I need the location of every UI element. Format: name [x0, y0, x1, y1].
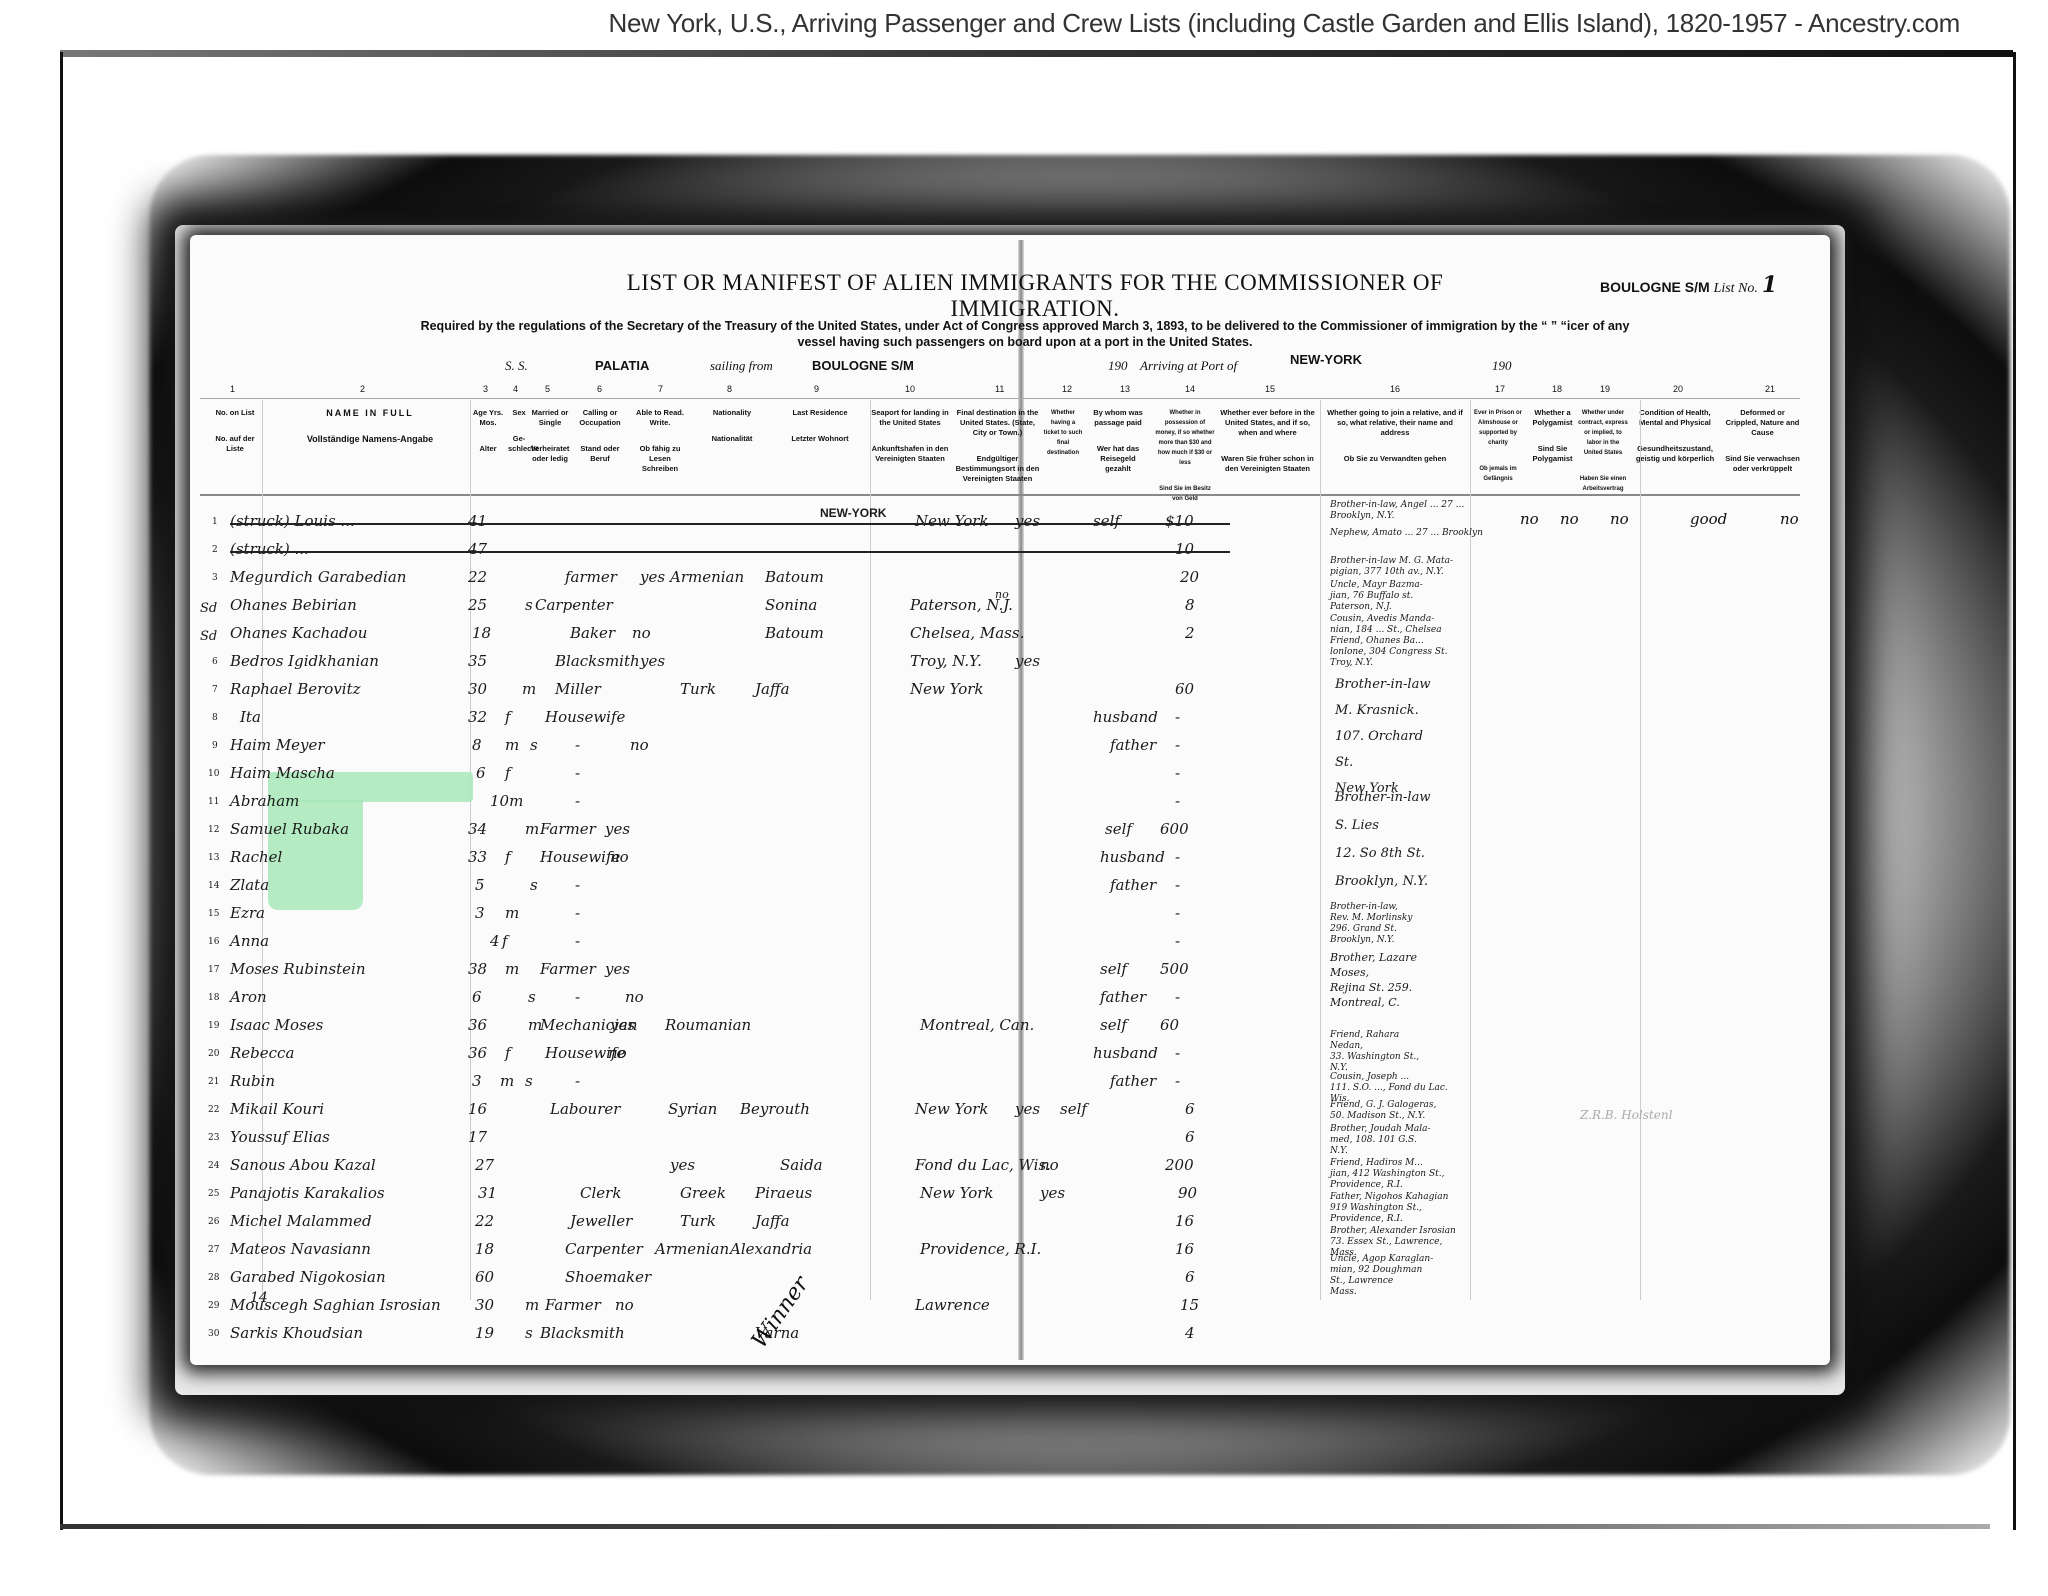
table-row[interactable]: 13 Rachel 33 f Housewife no husband -	[200, 844, 1800, 872]
year-1: 190	[1108, 358, 1128, 374]
table-row[interactable]: 22 Mikail Kouri 16 Labourer Syrian Beyro…	[200, 1096, 1800, 1124]
table-row[interactable]: Sd Ohanes Kachadou 18 Baker no Batoum Ch…	[200, 620, 1800, 648]
relative-entry: Brother, Joudah Mala- med, 108. 101 G.S.…	[1330, 1124, 1500, 1157]
side-note: Z.R.B. Holstenl	[1580, 1108, 1672, 1122]
relative-entry: Uncle, Mayr Bazma- jian, 76 Buffalo st. …	[1330, 580, 1500, 613]
table-row[interactable]: 23 Youssuf Elias 17 6	[200, 1124, 1800, 1152]
list-stamp: BOULOGNE S/M	[1600, 279, 1710, 295]
header-contract: Whether under contract, express or impli…	[1578, 408, 1628, 494]
table-row[interactable]: 30 Sarkis Khoudsian 19 s Blacksmith Varn…	[200, 1320, 1800, 1348]
relative-entry: Cousin, Avedis Manda- nian, 184 ... St.,…	[1330, 614, 1500, 636]
health-value: good	[1690, 510, 1727, 528]
prison-value: no	[1520, 510, 1539, 528]
header-married: Married or SingleVerheiratet oder ledig	[530, 408, 570, 464]
col-num: 13	[1120, 384, 1130, 394]
list-label: List No.	[1714, 281, 1758, 296]
header-seaport: Seaport for landing in the United States…	[870, 408, 950, 464]
relative-entry: Friend, Ohanes Ba... lonlone, 304 Congre…	[1330, 636, 1500, 669]
header-destination: Final destination in the United States. …	[955, 408, 1040, 484]
col-num: 11	[995, 384, 1004, 394]
col-num: 3	[483, 384, 488, 394]
table-row[interactable]: 11 Abraham 10m - -	[200, 788, 1800, 816]
column-headers: No. on ListNo. auf der Liste NAME IN FUL…	[200, 402, 1800, 496]
table-row[interactable]: 14 Zlata 5 s - father -	[200, 872, 1800, 900]
header-paid-by: By whom was passage paidWer hat das Reis…	[1088, 408, 1148, 474]
table-row[interactable]: 15 Ezra 3 m - -	[200, 900, 1800, 928]
arriving-label: Arriving at Port of	[1140, 358, 1237, 374]
col-num: 10	[905, 384, 915, 394]
list-no-value: 1	[1762, 272, 1777, 298]
table-row[interactable]: 9 Haim Meyer 8 m s - no father -	[200, 732, 1800, 760]
contract-value: no	[1610, 510, 1629, 528]
col-num: 21	[1765, 384, 1775, 394]
table-row[interactable]: 12 Samuel Rubaka 34 m Farmer yes self 60…	[200, 816, 1800, 844]
header-residence: Last ResidenceLetzter Wohnort	[780, 408, 860, 444]
col-num: 14	[1185, 384, 1195, 394]
header-money: Whether in possession of money, if so wh…	[1155, 408, 1215, 504]
col-num: 1	[230, 384, 235, 394]
table-row[interactable]: 26 Michel Malammed 22 Jeweller Turk Jaff…	[200, 1208, 1800, 1236]
header-read-write: Able to Read. Write.Ob fähig zu Lesen Sc…	[630, 408, 690, 474]
relative-entry: Friend, Hadiros M... jian, 412 Washingto…	[1330, 1158, 1500, 1191]
header-before-us: Whether ever before in the United States…	[1220, 408, 1315, 474]
header-relative: Whether going to join a relative, and if…	[1325, 408, 1465, 464]
header-polygamist: Whether a PolygamistSind Sie Polygamist	[1530, 408, 1575, 464]
relative-entry: Friend, Rahara Nedan, 33. Washington St.…	[1330, 1030, 1500, 1074]
col-num: 8	[727, 384, 732, 394]
col-num: 17	[1495, 384, 1505, 394]
regulation-line-2: vessel having such passengers on board u…	[290, 334, 1760, 350]
col-num: 5	[545, 384, 550, 394]
relative-entry: Brother-in-law, Rev. M. Morlinsky 296. G…	[1330, 902, 1500, 946]
col-num: 19	[1600, 384, 1610, 394]
table-row[interactable]: 20 Rebecca 36 f Housewife no husband -	[200, 1040, 1800, 1068]
table-row[interactable]: 28 Garabed Nigokosian 60 Shoemaker 6	[200, 1264, 1800, 1292]
relative-entry: Uncle, Agop Karaglan- mian, 92 Doughman …	[1330, 1254, 1500, 1298]
table-row[interactable]: 29 Mouscegh Saghian Isrosian 30 m Farmer…	[200, 1292, 1800, 1320]
header-prison: Ever in Prison or Almshouse or supported…	[1472, 408, 1524, 484]
table-row[interactable]: 17 Moses Rubinstein 38 m Farmer yes self…	[200, 956, 1800, 984]
table-row[interactable]: Sd Ohanes Bebirian 25 s Carpenter Sonina…	[200, 592, 1800, 620]
column-numbers: 1 2 3 4 5 6 7 8 9 10 11 12 13 14 15 16 1…	[200, 384, 1800, 399]
table-row[interactable]: 10 Haim Mascha 6 f - -	[200, 760, 1800, 788]
header-no: No. on ListNo. auf der Liste	[215, 408, 255, 454]
ss-label: S. S.	[505, 358, 528, 374]
table-row[interactable]: 25 Panajotis Karakalios 31 Clerk Greek P…	[200, 1180, 1800, 1208]
table-row[interactable]: 7 Raphael Berovitz 30 m Miller Turk Jaff…	[200, 676, 1800, 704]
header-deformed: Deformed or Crippled, Nature and CauseSi…	[1725, 408, 1800, 474]
relative-entry: Brother-in-law M. Krasnick. 107. Orchard…	[1335, 672, 1505, 802]
table-row[interactable]: 21 Rubin 3 m s - father -	[200, 1068, 1800, 1096]
table-row[interactable]: 24 Sanous Abou Kazal 27 yes Saida Fond d…	[200, 1152, 1800, 1180]
table-row[interactable]: 8 Ita 32 f Housewife husband -	[200, 704, 1800, 732]
arriving-port: NEW-YORK	[1290, 352, 1362, 367]
relative-entry: Friend, G. J. Galogeras, 50. Madison St.…	[1330, 1100, 1500, 1122]
header-nationality: NationalityNationalität	[697, 408, 767, 444]
header-occupation: Calling or OccupationStand oder Beruf	[575, 408, 625, 464]
regulation-line-1: Required by the regulations of the Secre…	[290, 318, 1760, 334]
table-row[interactable]: 27 Mateos Navasiann 18 Carpenter Armenia…	[200, 1236, 1800, 1264]
table-row[interactable]: 6 Bedros Igidkhanian 35 Blacksmith yes T…	[200, 648, 1800, 676]
polygamist-value: no	[1560, 510, 1579, 528]
frame-bottom-rule	[60, 1524, 1990, 1529]
table-row[interactable]: 16 Anna 4 f - -	[200, 928, 1800, 956]
relative-entry: Brother-in-law M. G. Mata- pigian, 377 1…	[1330, 556, 1500, 578]
header-name: NAME IN FULLVollständige Namens-Angabe	[270, 408, 470, 444]
header-ticket: Whether having a ticket to such final de…	[1043, 408, 1083, 458]
header-age: Age Yrs. Mos.Alter	[468, 408, 508, 454]
col-num: 2	[360, 384, 365, 394]
ship-name: PALATIA	[595, 358, 649, 373]
col-num: 4	[513, 384, 518, 394]
header-health: Condition of Health, Mental and Physical…	[1635, 408, 1715, 464]
page-number-mark: 14	[250, 1290, 268, 1306]
relative-entry: Brother-in-law S. Lies 12. So 8th St. Br…	[1335, 784, 1505, 896]
col-num: 20	[1673, 384, 1683, 394]
col-num: 7	[658, 384, 663, 394]
col-num: 16	[1390, 384, 1400, 394]
col-num: 15	[1265, 384, 1275, 394]
col-num: 9	[814, 384, 819, 394]
table-row[interactable]: 19 Isaac Moses 36 m Mechanician yes Roum…	[200, 1012, 1800, 1040]
col-num: 12	[1062, 384, 1072, 394]
col-num: 18	[1552, 384, 1562, 394]
regulation-text: Required by the regulations of the Secre…	[290, 318, 1760, 350]
page-header-title: New York, U.S., Arriving Passenger and C…	[0, 8, 1960, 39]
col-num: 6	[597, 384, 602, 394]
relative-entry: Nephew, Amato ... 27 ... Brooklyn	[1330, 528, 1500, 539]
deformed-value: no	[1780, 510, 1799, 528]
relative-entry: Father, Nigohos Kahagian 919 Washington …	[1330, 1192, 1500, 1225]
list-number: BOULOGNE S/M List No. 1	[1600, 272, 1777, 298]
relative-entry: Brother, Lazare Moses, Rejina St. 259. M…	[1330, 950, 1500, 1010]
header-sex: SexGe-schlecht	[508, 408, 530, 454]
sailing-from-port: BOULOGNE S/M	[812, 358, 914, 373]
manifest-title: LIST OR MANIFEST OF ALIEN IMMIGRANTS FOR…	[560, 270, 1510, 322]
relative-entry: Brother-in-law, Angel ... 27 ... Brookly…	[1330, 500, 1500, 522]
table-row[interactable]: 2 (struck) ... 47 10	[200, 536, 1800, 564]
table-row[interactable]: 18 Aron 6 s - no father -	[200, 984, 1800, 1012]
year-2: 190	[1492, 358, 1512, 374]
sailing-from-label: sailing from	[710, 358, 773, 374]
